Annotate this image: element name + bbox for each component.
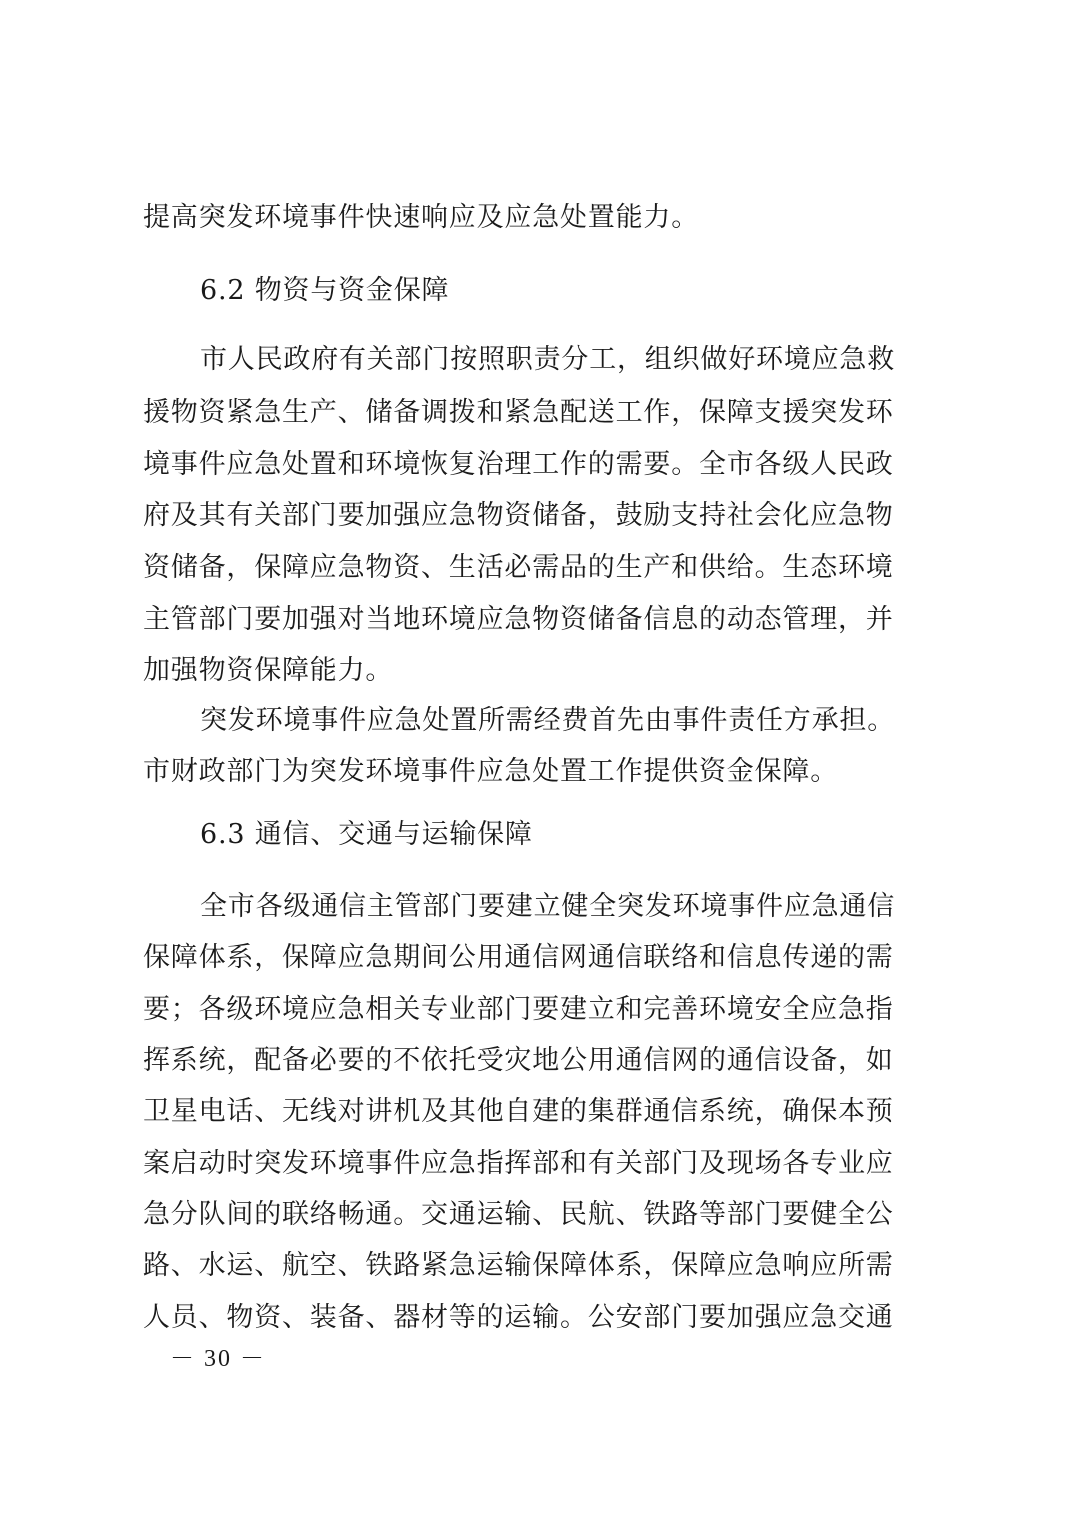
body-line: 市财政部门为突发环境事件应急处置工作提供资金保障。: [143, 754, 943, 790]
section-heading-6-3: 6.3 通信、交通与运输保障: [200, 817, 1000, 853]
body-line: 援物资紧急生产、储备调拨和紧急配送工作，保障支援突发环: [143, 395, 943, 431]
body-line: 提高突发环境事件快速响应及应急处置能力。: [143, 200, 943, 236]
body-line: 人员、物资、装备、器材等的运输。公安部门要加强应急交通: [143, 1300, 943, 1336]
body-line: 加强物资保障能力。: [143, 653, 943, 689]
body-line: 要；各级环境应急相关专业部门要建立和完善环境安全应急指: [143, 992, 943, 1028]
body-line: 案启动时突发环境事件应急指挥部和有关部门及现场各专业应: [143, 1146, 943, 1182]
body-line: 保障体系，保障应急期间公用通信网通信联络和信息传递的需: [143, 940, 943, 976]
document-page: 提高突发环境事件快速响应及应急处置能力。 6.2 物资与资金保障 市人民政府有关…: [0, 0, 1074, 1520]
section-heading-6-2: 6.2 物资与资金保障: [200, 273, 1000, 309]
body-line: 急分队间的联络畅通。交通运输、民航、铁路等部门要健全公: [143, 1197, 943, 1233]
body-line: 境事件应急处置和环境恢复治理工作的需要。全市各级人民政: [143, 447, 943, 483]
paragraph-start-line: 突发环境事件应急处置所需经费首先由事件责任方承担。: [200, 703, 1000, 739]
page-number: － 30 －: [170, 1338, 266, 1373]
body-line: 挥系统，配备必要的不依托受灾地公用通信网的通信设备，如: [143, 1043, 943, 1079]
body-line: 资储备，保障应急物资、生活必需品的生产和供给。生态环境: [143, 550, 943, 586]
body-line: 卫星电话、无线对讲机及其他自建的集群通信系统，确保本预: [143, 1094, 943, 1130]
body-line: 主管部门要加强对当地环境应急物资储备信息的动态管理，并: [143, 602, 943, 638]
paragraph-start-line: 市人民政府有关部门按照职责分工，组织做好环境应急救: [200, 342, 1000, 378]
body-line: 府及其有关部门要加强应急物资储备，鼓励支持社会化应急物: [143, 498, 943, 534]
body-line: 路、水运、航空、铁路紧急运输保障体系，保障应急响应所需: [143, 1248, 943, 1284]
paragraph-start-line: 全市各级通信主管部门要建立健全突发环境事件应急通信: [200, 889, 1000, 925]
